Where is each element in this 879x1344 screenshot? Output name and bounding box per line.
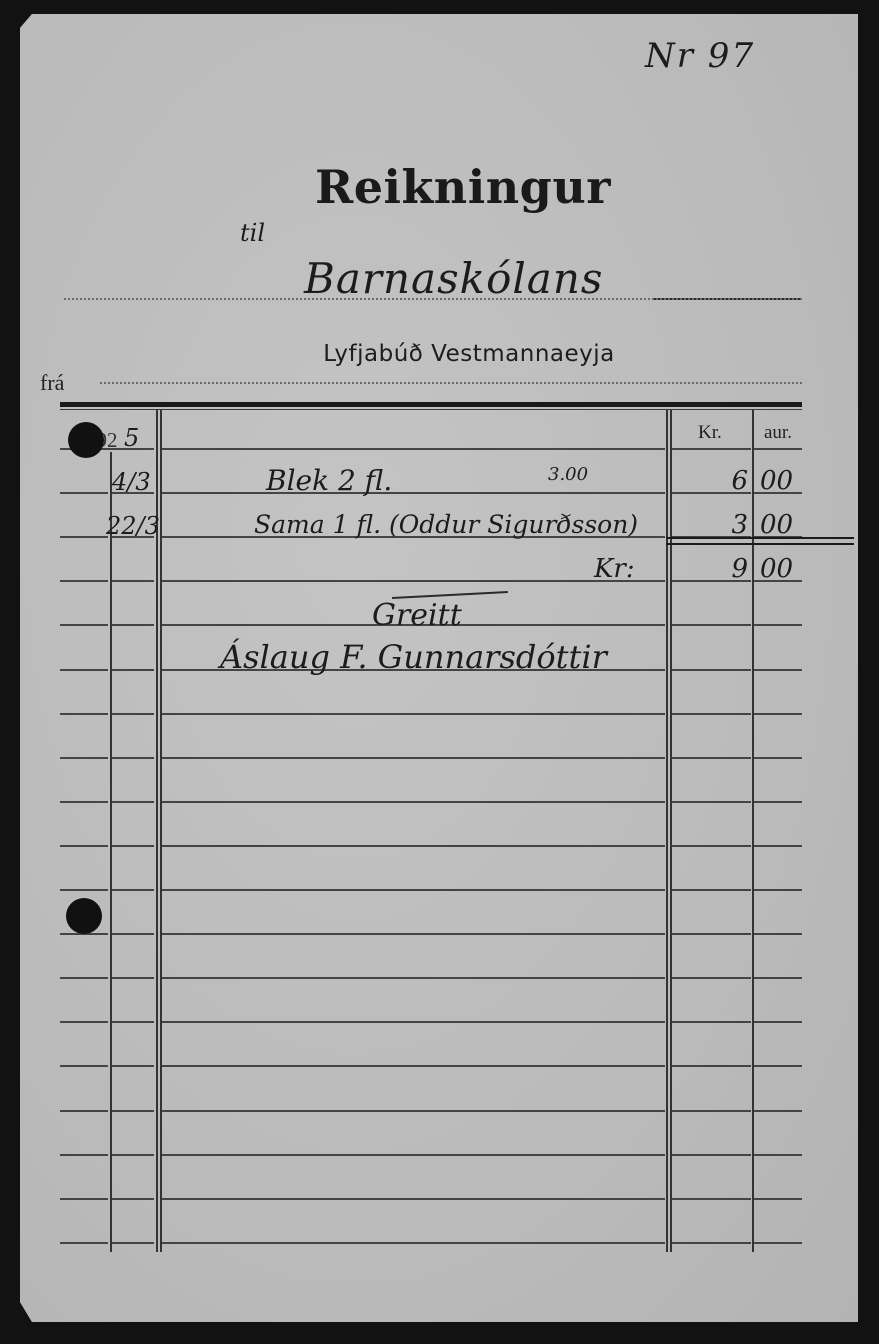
row-rule [754, 1021, 802, 1023]
row-rule [162, 845, 665, 847]
row-rule [162, 933, 665, 935]
punch-hole-bottom [66, 898, 102, 934]
date-column-divider [110, 452, 112, 1252]
row-rule [672, 977, 751, 979]
row-1-unit-price: 3.00 [548, 464, 588, 485]
row-rule [162, 757, 665, 759]
recipient-name: Barnaskólans [304, 254, 603, 303]
row-rule [60, 845, 108, 847]
row-rule [754, 1242, 802, 1244]
row-rule [162, 580, 665, 582]
row-rule [60, 492, 108, 494]
issuer-dotted-line [100, 382, 802, 384]
row-1-kr: 6 [680, 466, 748, 496]
row-rule [60, 1065, 108, 1067]
total-kr: 9 [680, 554, 748, 584]
row-rule [60, 1154, 108, 1156]
paid-status: Greitt [372, 598, 462, 633]
row-rule [672, 1065, 751, 1067]
row-rule [672, 1154, 751, 1156]
row-rule [112, 757, 154, 759]
total-double-rule-2 [666, 543, 854, 545]
row-rule [60, 801, 108, 803]
row-rule [112, 669, 154, 671]
row-rule [754, 801, 802, 803]
row-rule [60, 757, 108, 759]
row-rule [112, 1242, 154, 1244]
row-rule [672, 845, 751, 847]
row-rule [60, 1242, 108, 1244]
row-rule [112, 977, 154, 979]
from-label: frá [40, 370, 64, 396]
to-label: til [240, 219, 265, 247]
invoice-page: Nr 97 Reikningur til Barnaskólans Lyfjab… [20, 14, 858, 1322]
row-2-date: 22/3 [106, 512, 160, 540]
row-rule [112, 580, 154, 582]
row-2-kr: 3 [680, 510, 748, 540]
row-rule [112, 889, 154, 891]
row-rule [754, 1065, 802, 1067]
total-label: Kr: [594, 554, 635, 584]
row-rule [672, 1198, 751, 1200]
row-rule [162, 1242, 665, 1244]
row-rule [754, 1198, 802, 1200]
row-rule [754, 889, 802, 891]
row-rule [162, 1065, 665, 1067]
row-rule [162, 492, 665, 494]
row-rule [60, 580, 108, 582]
column-header-aur: aur. [764, 422, 792, 444]
recipient-dotted-line [64, 298, 802, 300]
row-rule [672, 889, 751, 891]
row-rule [60, 889, 108, 891]
page-title: Reikningur [20, 160, 858, 214]
column-header-kr: Kr. [698, 422, 722, 444]
row-rule [754, 669, 802, 671]
row-1-description: Blek 2 fl. [266, 464, 392, 497]
row-rule [754, 845, 802, 847]
row-rule [112, 1065, 154, 1067]
row-rule [754, 933, 802, 935]
row-rule [672, 757, 751, 759]
row-rule [754, 448, 802, 450]
invoice-number: Nr 97 [645, 36, 755, 76]
row-rule [672, 624, 751, 626]
row-rule [672, 1110, 751, 1112]
row-rule [60, 1110, 108, 1112]
row-rule [60, 669, 108, 671]
row-rule [162, 448, 665, 450]
row-rule [60, 1198, 108, 1200]
issuer-name: Lyfjabúð Vestmannaeyja [20, 341, 858, 367]
row-rule [60, 713, 108, 715]
row-rule [112, 933, 154, 935]
row-rule [112, 1154, 154, 1156]
row-rule [672, 801, 751, 803]
row-rule [162, 1110, 665, 1112]
punch-hole-top [68, 422, 104, 458]
row-rule [672, 669, 751, 671]
row-rule [754, 977, 802, 979]
row-rule [672, 1242, 751, 1244]
row-rule [162, 713, 665, 715]
row-rule [112, 624, 154, 626]
row-rule [672, 448, 751, 450]
row-rule [112, 801, 154, 803]
signature: Áslaug F. Gunnarsdóttir [220, 638, 607, 676]
row-rule [112, 713, 154, 715]
total-aur: 00 [760, 554, 793, 584]
row-rule [672, 1021, 751, 1023]
row-2-description: Sama 1 fl. (Oddur Sigurðsson) [254, 510, 638, 539]
row-rule [162, 801, 665, 803]
row-2-aur: 00 [760, 510, 793, 540]
row-rule [112, 1198, 154, 1200]
row-rule [60, 536, 108, 538]
row-rule [754, 757, 802, 759]
table-top-rule [60, 402, 802, 407]
row-rule [754, 624, 802, 626]
row-rule [672, 713, 751, 715]
row-rule [162, 1198, 665, 1200]
row-rule [754, 1154, 802, 1156]
row-rule [754, 713, 802, 715]
row-rule [162, 1021, 665, 1023]
row-rule [672, 933, 751, 935]
row-rule [162, 977, 665, 979]
row-rule [60, 1021, 108, 1023]
row-rule [112, 845, 154, 847]
row-rule [112, 1021, 154, 1023]
row-rule [162, 889, 665, 891]
row-rule [60, 624, 108, 626]
row-rule [112, 1110, 154, 1112]
row-rule [162, 1154, 665, 1156]
row-rule [60, 977, 108, 979]
table-top-thin-rule [60, 409, 802, 410]
row-1-date: 4/3 [112, 468, 151, 496]
row-1-aur: 00 [760, 466, 793, 496]
row-rule [754, 1110, 802, 1112]
